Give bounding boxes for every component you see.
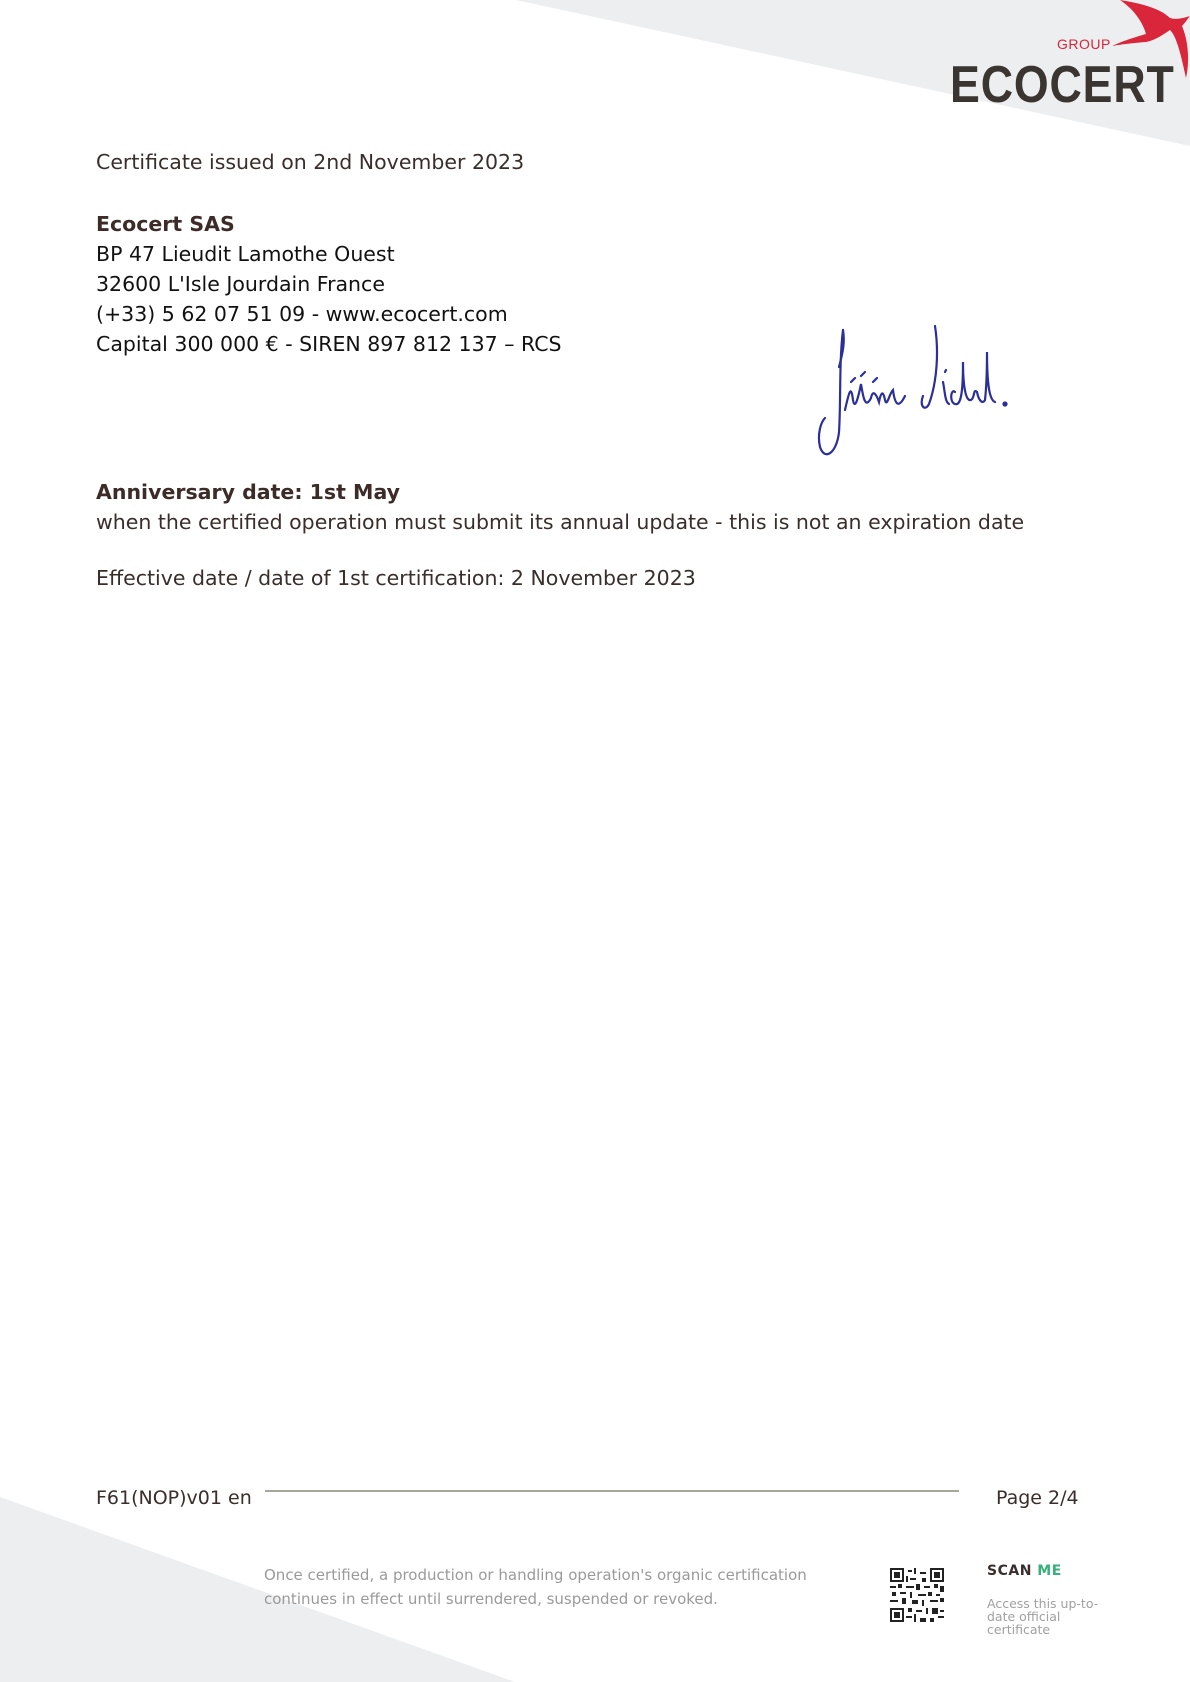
swallow-logo-icon <box>1112 0 1190 82</box>
logo-group-label: GROUP <box>1057 36 1111 52</box>
footer-divider <box>265 1490 959 1492</box>
address-line: BP 47 Lieudit Lamothe Ouest <box>96 239 562 269</box>
anniversary-date: Anniversary date: 1st May <box>96 477 1024 507</box>
registration-line: Capital 300 000 € - SIREN 897 812 137 – … <box>96 329 562 359</box>
issue-date: Certificate issued on 2nd November 2023 <box>96 150 524 174</box>
contact-line: (+33) 5 62 07 51 09 - www.ecocert.com <box>96 299 562 329</box>
qr-code-icon[interactable] <box>890 1568 944 1622</box>
anniversary-section: Anniversary date: 1st May when the certi… <box>96 477 1024 537</box>
issuer-address: Ecocert SAS BP 47 Lieudit Lamothe Ouest … <box>96 209 562 359</box>
scan-me-label: SCAN ME <box>987 1563 1062 1579</box>
scan-label: SCAN <box>987 1563 1032 1579</box>
certification-notice: Once certified, a production or handling… <box>264 1563 884 1611</box>
issuer-name: Ecocert SAS <box>96 209 562 239</box>
page-number: Page 2/4 <box>996 1487 1079 1509</box>
effective-date: Effective date / date of 1st certificati… <box>96 566 696 590</box>
address-line: 32600 L'Isle Jourdain France <box>96 269 562 299</box>
scan-description: Access this up-to-date official certific… <box>987 1597 1107 1636</box>
anniversary-note: when the certified operation must submit… <box>96 507 1024 537</box>
form-code: F61(NOP)v01 en <box>96 1487 252 1509</box>
signature-icon <box>815 322 1015 462</box>
scan-label-accent: ME <box>1037 1563 1062 1579</box>
